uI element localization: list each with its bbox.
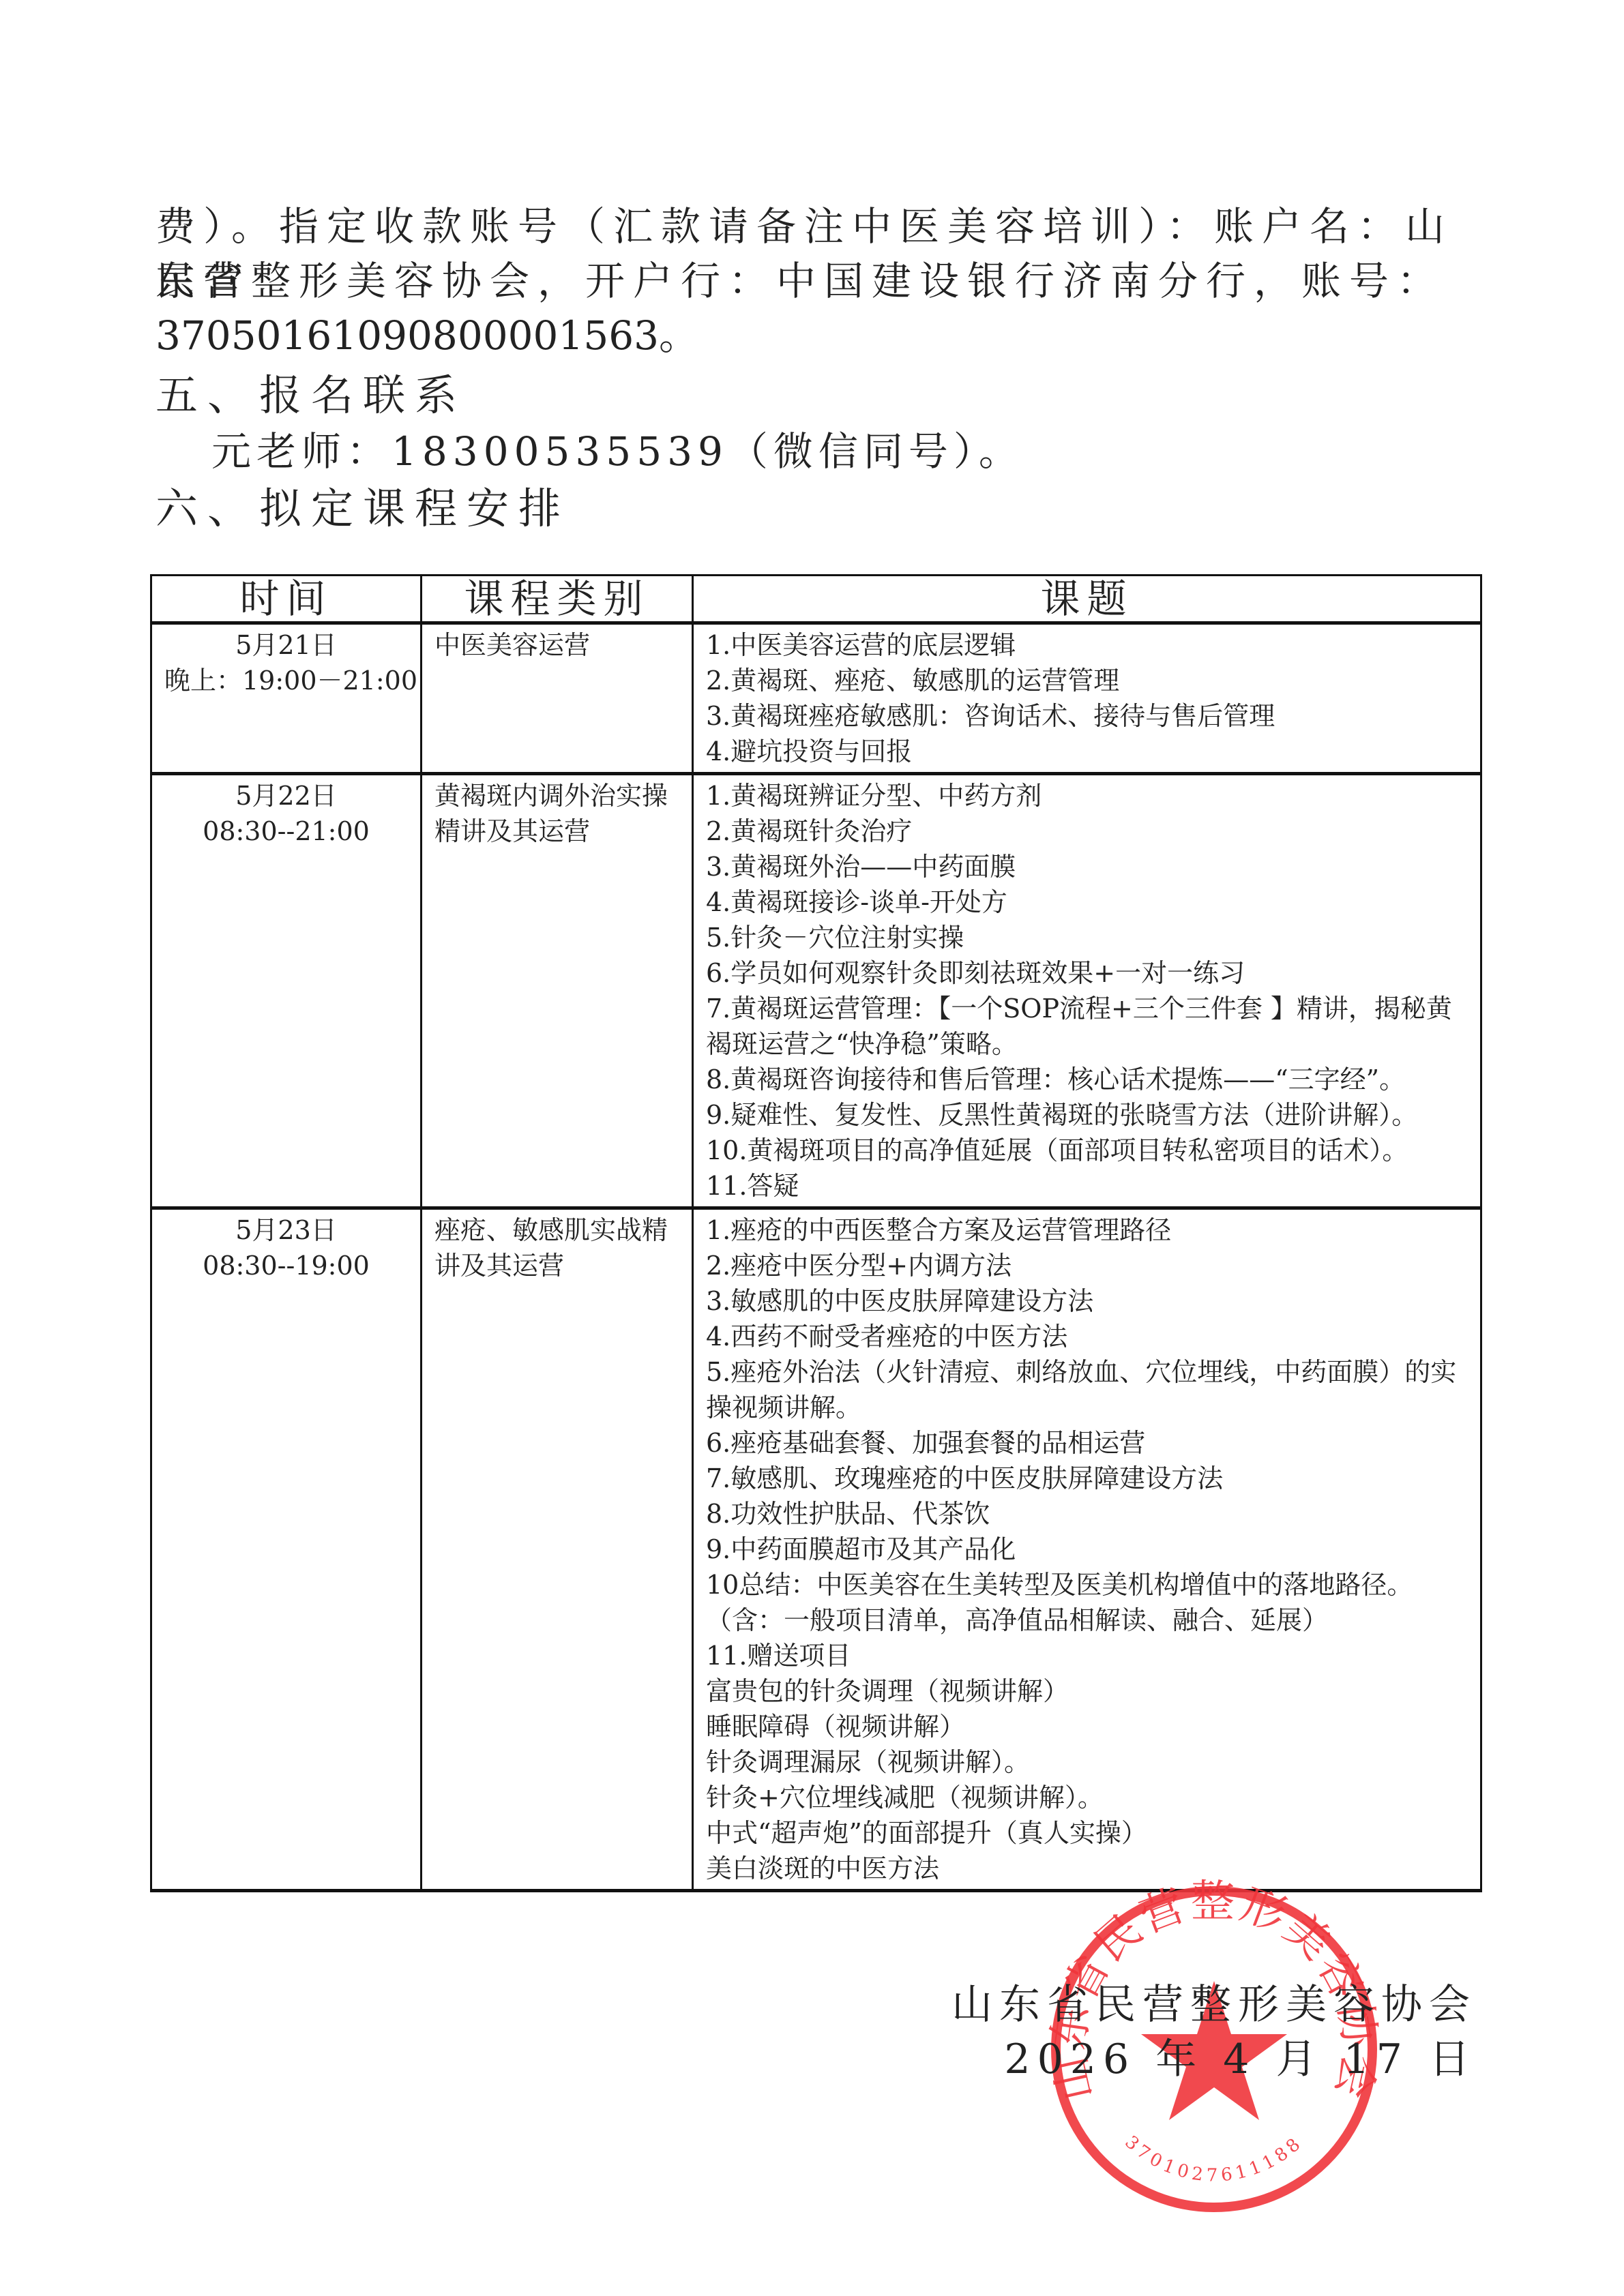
topic-item: 7.黄褐斑运营管理：【一个SOP流程+三个三件套 】精讲，揭秘黄褐斑运营之“快净…	[706, 991, 1468, 1062]
time-cell: 5月21日 晚上：19:00－21:00	[151, 623, 422, 774]
topic-item: 4.避坑投资与回报	[706, 734, 1468, 769]
payment-line-2: 民营整形美容协会，开户行：中国建设银行济南分行，账号：	[156, 254, 1486, 308]
topic-item: 6.学员如何观察针灸即刻祛斑效果+一对一练习	[706, 955, 1468, 991]
topic-item: 8.黄褐斑咨询接待和售后管理：核心话术提炼——“三字经”。	[706, 1062, 1468, 1097]
topic-item: 1.中医美容运营的底层逻辑	[706, 627, 1468, 663]
category-cell: 黄褐斑内调外治实操精讲及其运营	[422, 774, 693, 1208]
topic-item: 8.功效性护肤品、代茶饮	[706, 1496, 1468, 1532]
contact-info: 元老师：18300535539（微信同号）。	[211, 424, 1024, 479]
topic-item: 11.赠送项目	[706, 1638, 1468, 1673]
category-cell: 中医美容运营	[422, 623, 693, 774]
topic-item: 5.针灸－穴位注射实操	[706, 920, 1468, 955]
table-row: 5月22日 08:30--21:00 黄褐斑内调外治实操精讲及其运营 1.黄褐斑…	[151, 774, 1481, 1208]
signature-organization: 山东省民营整形美容协会	[951, 1978, 1477, 2032]
topic-item: 6.痤疮基础套餐、加强套餐的品相运营	[706, 1425, 1468, 1461]
date: 5月21日	[164, 627, 408, 663]
table-header-row: 时间 课程类别 课题	[151, 576, 1481, 623]
topic-item: 7.敏感肌、玫瑰痤疮的中医皮肤屏障建设方法	[706, 1461, 1468, 1496]
date: 5月22日	[164, 778, 408, 814]
topic-item: 10.黄褐斑项目的高净值延展（面部项目转私密项目的话术）。	[706, 1133, 1468, 1168]
header-time: 时间	[151, 576, 422, 623]
header-topics: 课题	[693, 576, 1481, 623]
topic-item: 5.痤疮外治法（火针清痘、刺络放血、穴位埋线，中药面膜）的实操视频讲解。	[706, 1354, 1468, 1425]
topic-item: 3.黄褐斑痤疮敏感肌：咨询话术、接待与售后管理	[706, 698, 1468, 734]
topic-item: 睡眠障碍（视频讲解）	[706, 1709, 1468, 1744]
signature-date: 2026 年 4 月 17 日	[1004, 2032, 1477, 2087]
topic-item: 针灸+穴位埋线减肥（视频讲解）。	[706, 1780, 1468, 1815]
topic-item: 4.黄褐斑接诊-谈单-开处方	[706, 884, 1468, 920]
category: 黄褐斑内调外治实操精讲及其运营	[434, 778, 679, 849]
topic-item: 11.答疑	[706, 1168, 1468, 1204]
topic-item: 10总结：中医美容在生美转型及医美机构增值中的落地路径。	[706, 1567, 1468, 1602]
topic-item: 3.黄褐斑外治——中药面膜	[706, 849, 1468, 884]
date: 5月23日	[164, 1212, 408, 1248]
topic-item: 富贵包的针灸调理（视频讲解）	[706, 1673, 1468, 1709]
topic-item: 4.西药不耐受者痤疮的中医方法	[706, 1319, 1468, 1354]
category-cell: 痤疮、敏感肌实战精讲及其运营	[422, 1208, 693, 1891]
time-range: 晚上：19:00－21:00	[164, 663, 408, 698]
category: 痤疮、敏感肌实战精讲及其运营	[434, 1212, 679, 1283]
topic-item: 1.痤疮的中西医整合方案及运营管理路径	[706, 1212, 1468, 1248]
topic-item: 2.痤疮中医分型+内调方法	[706, 1248, 1468, 1283]
topic-item: 2.黄褐斑针灸治疗	[706, 814, 1468, 849]
header-category: 课程类别	[422, 576, 693, 623]
topics-cell: 1.黄褐斑辨证分型、中药方剂 2.黄褐斑针灸治疗 3.黄褐斑外治——中药面膜 4…	[693, 774, 1481, 1208]
topic-item: 1.黄褐斑辨证分型、中药方剂	[706, 778, 1468, 814]
table-row: 5月21日 晚上：19:00－21:00 中医美容运营 1.中医美容运营的底层逻…	[151, 623, 1481, 774]
time-cell: 5月22日 08:30--21:00	[151, 774, 422, 1208]
topic-item: （含：一般项目清单，高净值品相解读、融合、延展）	[706, 1602, 1468, 1638]
topics-cell: 1.中医美容运营的底层逻辑 2.黄褐斑、痤疮、敏感肌的运营管理 3.黄褐斑痤疮敏…	[693, 623, 1481, 774]
topic-item: 3.敏感肌的中医皮肤屏障建设方法	[706, 1283, 1468, 1319]
table-row: 5月23日 08:30--19:00 痤疮、敏感肌实战精讲及其运营 1.痤疮的中…	[151, 1208, 1481, 1891]
topics-cell: 1.痤疮的中西医整合方案及运营管理路径 2.痤疮中医分型+内调方法 3.敏感肌的…	[693, 1208, 1481, 1891]
section-heading-schedule: 六、拟定课程安排	[156, 481, 570, 536]
topic-item: 9.中药面膜超市及其产品化	[706, 1532, 1468, 1567]
time-cell: 5月23日 08:30--19:00	[151, 1208, 422, 1891]
section-heading-contact: 五、报名联系	[156, 368, 467, 423]
course-schedule-table: 时间 课程类别 课题 5月21日 晚上：19:00－21:00 中医美容运营 1…	[150, 574, 1482, 1892]
category: 中医美容运营	[434, 627, 679, 663]
time-range: 08:30--19:00	[164, 1248, 408, 1283]
topic-item: 中式“超声炮”的面部提升（真人实操）	[706, 1815, 1468, 1851]
svg-text:3701027611188: 3701027611188	[1121, 2132, 1307, 2186]
topic-item: 针灸调理漏尿（视频讲解）。	[706, 1744, 1468, 1780]
account-number: 37050161090800001563。	[156, 308, 1486, 363]
topic-item: 9.疑难性、复发性、反黑性黄褐斑的张晓雪方法（进阶讲解）。	[706, 1097, 1468, 1133]
topic-item: 2.黄褐斑、痤疮、敏感肌的运营管理	[706, 663, 1468, 698]
time-range: 08:30--21:00	[164, 814, 408, 849]
